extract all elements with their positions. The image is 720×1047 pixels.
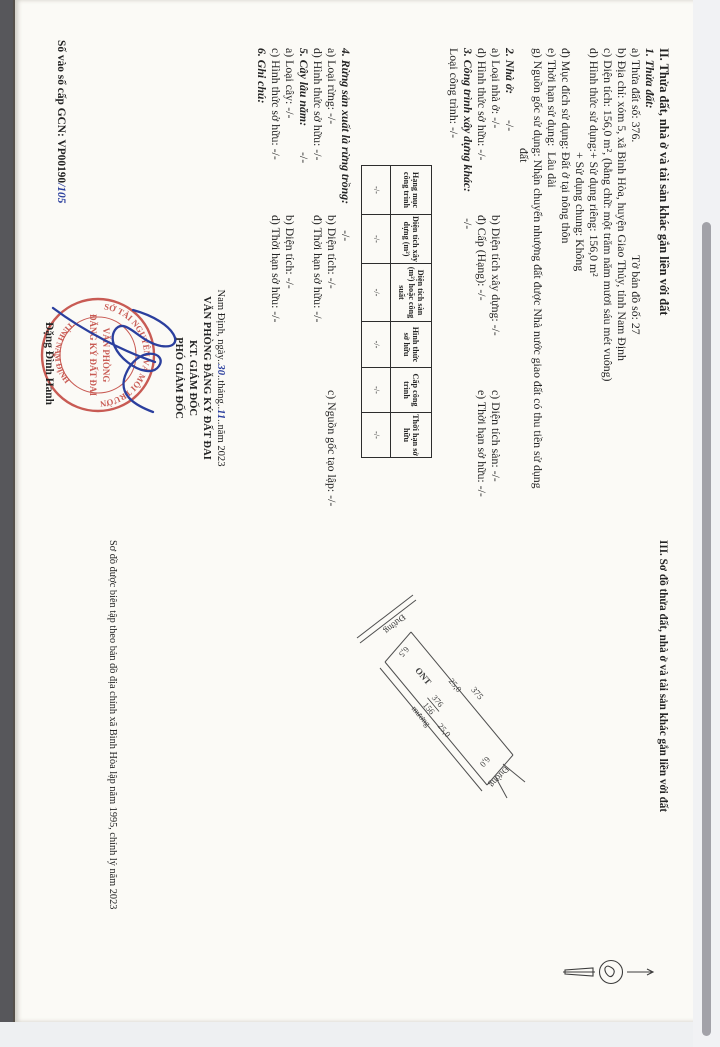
table-header: Cấp công trình (390, 368, 431, 413)
date-line: Nam Định, ngày..30..tháng..11..năm 2023 (213, 272, 227, 484)
signer-name: Đặng Đình Hanh (43, 322, 55, 432)
purpose-line: đ) Mục đích sử dụng:Đất ở tại nông thôn (559, 48, 573, 553)
perennial-section-title-line: 5. Cây lâu năm:-/- (297, 48, 311, 553)
table-cell: -/- (361, 413, 390, 458)
construction-section-title: 3. Công trình xây dựng khác: (461, 48, 475, 192)
viewer-bottom-margin (0, 1022, 720, 1047)
photo-viewer: { "doc": { "sec2_heading": "II. Thửa đất… (0, 0, 720, 1047)
side-dimension-bottom: 25,0 (436, 721, 453, 739)
table-header: Thời hạn sở hữu (390, 413, 431, 458)
house-row-2: d) Hình thức sở hữu: -/- đ) Cấp (Hạng): … (475, 48, 489, 553)
table-cell: -/- (361, 264, 390, 322)
table-header: Diện tích sàn (m²) hoặc công suất (390, 264, 431, 322)
private-use-value: + Sử dụng riêng: 156,0 m² (587, 152, 601, 277)
house-floor-area: c) Diện tích sàn: -/- (489, 390, 503, 482)
use-form-label: d) Hình thức sử dụng: (587, 48, 601, 152)
house-section-title-line: 2. Nhà ở:-/- (503, 48, 517, 553)
photo-dark-edge (0, 0, 13, 1022)
purpose-value: Đất ở tại nông thôn (559, 152, 573, 243)
forest-origin: c) Nguồn gốc tạo lập: -/- (325, 390, 339, 506)
table-cell: -/- (361, 368, 390, 413)
construction-section-value: -/- (461, 192, 475, 229)
perennial-row-2: c) Hình thức sở hữu: -/- d) Thời hạn sở … (269, 48, 283, 553)
construction-table: Hạng mục công trình Diện tích xây dựng (… (361, 165, 432, 458)
perennial-section-title: 5. Cây lâu năm: (297, 48, 311, 126)
house-row-1: a) Loại nhà ở: -/- b) Diện tích xây dựng… (489, 48, 503, 553)
house-type: a) Loại nhà ở: -/- (489, 48, 503, 215)
term-label: e) Thời hạn sử dụng: (545, 48, 559, 152)
purpose-label: đ) Mục đích sử dụng: (559, 48, 573, 152)
house-grade: đ) Cấp (Hạng): -/- (475, 215, 489, 390)
serial-handwritten: /105 (55, 183, 67, 203)
forest-section-title: 4. Rừng sản xuất là rừng trồng: (339, 48, 353, 204)
handwritten-day: 30 (215, 364, 226, 375)
date-mid: ..tháng.. (215, 375, 226, 409)
rotated-document-content: II. Thửa đất, nhà ở và tài sản khác gắn … (17, 0, 695, 1020)
parcel-number-line: a) Thửa đất số: 376.Tờ bản đồ số: 27 (629, 48, 643, 553)
notes-section-title: 6. Ghi chú: (255, 48, 269, 553)
construction-type-line: Loại công trình: -/- (447, 48, 461, 553)
decorative-emblem (559, 956, 655, 988)
edge-dimension-2: 6,0 (478, 755, 493, 770)
scrollbar-thumb[interactable] (702, 222, 711, 1036)
forest-section-title-line: 4. Rừng sản xuất là rừng trồng:-/- (339, 48, 353, 553)
date-suffix: ..năm 2023 (215, 419, 226, 466)
table-header: Hạng mục công trình (390, 166, 431, 215)
map-source-note: Sơ đồ được biên tập theo bản đồ địa chín… (107, 540, 118, 950)
house-section-value: -/- (503, 94, 517, 131)
perennial-term: d) Thời hạn sở hữu: -/- (269, 215, 283, 322)
house-build-area: b) Diện tích xây dựng: -/- (489, 215, 503, 390)
forest-section-value: -/- (339, 204, 353, 241)
land-use-code: ONT (413, 665, 433, 686)
serial-label: Số vào sổ cấp GCN: VP00190 (55, 40, 67, 183)
perennial-ownership: c) Hình thức sở hữu: -/- (269, 48, 283, 215)
map-sheet-number: Tờ bản đồ số: 27 (629, 255, 643, 335)
parcel-sketch-diagram: Đường 6,5 25,0 375 ONT 376 156 mương 25,… (340, 570, 545, 820)
house-ownership: d) Hình thức sở hữu: -/- (475, 48, 489, 215)
forest-area: b) Diện tích: -/- (325, 215, 339, 390)
origin-line: g) Nguồn gốc sử dụng: Nhận chuyển nhượng… (531, 48, 545, 553)
date-prefix: Nam Định, ngày.. (215, 289, 226, 364)
forest-row-1: a) Loại rừng: -/- b) Diện tích: -/- c) N… (325, 48, 339, 553)
perennial-section-value: -/- (297, 126, 311, 163)
road-label-2: Đường (487, 764, 512, 790)
parcel-number: a) Thửa đất số: 376. (629, 48, 643, 255)
table-cell: -/- (361, 215, 390, 264)
perennial-type: a) Loại cây: -/- (283, 48, 297, 215)
handwritten-signature (45, 292, 195, 422)
area-line: c) Diện tích: 156,0 m², (bằng chữ: một t… (601, 48, 615, 553)
section-3-heading: III. Sơ đồ thửa đất, nhà ở và tài sản kh… (657, 540, 669, 840)
use-form-line: d) Hình thức sử dụng:+ Sử dụng riêng: 15… (587, 48, 601, 553)
table-header: Hình thức sở hữu (390, 322, 431, 368)
perennial-area: b) Diện tích: -/- (283, 215, 297, 289)
issuing-office: VĂN PHÒNG ĐĂNG KÝ ĐẤT ĐAI (199, 272, 213, 484)
section-2-block: II. Thửa đất, nhà ở và tài sản khác gắn … (255, 48, 671, 553)
origin-wrap-line: đất (517, 48, 531, 553)
house-term: e) Thời hạn sở hữu: -/- (475, 390, 489, 497)
perennial-row-1: a) Loại cây: -/- b) Diện tích: -/- (283, 48, 297, 553)
forest-type: a) Loại rừng: -/- (325, 48, 339, 215)
edge-dimension-1: 6,5 (397, 645, 412, 660)
handwritten-month: 11 (215, 409, 226, 419)
house-section-title: 2. Nhà ở: (503, 48, 517, 94)
table-cell: -/- (361, 166, 390, 215)
forest-row-2: d) Hình thức sở hữu: -/- đ) Thời hạn sở … (311, 48, 325, 553)
forest-ownership: d) Hình thức sở hữu: -/- (311, 48, 325, 215)
term-value: Lâu dài (545, 152, 559, 188)
scrollbar-track[interactable] (693, 0, 720, 1047)
parcel-section-title: 1. Thửa đất: (643, 48, 657, 553)
address-line: b) Địa chỉ: xóm 5, xã Bình Hòa, huyện Gi… (615, 48, 629, 553)
shared-use-line: + Sử dụng chung: Không (573, 48, 587, 553)
forest-term: đ) Thời hạn sở hữu: -/- (311, 215, 325, 322)
construction-section-title-line: 3. Công trình xây dựng khác:-/- (461, 48, 475, 553)
section-2-heading: II. Thửa đất, nhà ở và tài sản khác gắn … (657, 48, 671, 553)
table-header: Diện tích xây dựng (m²) (390, 215, 431, 264)
scanned-certificate-page: II. Thửa đất, nhà ở và tài sản khác gắn … (13, 0, 695, 1022)
neighbor-parcel-number: 375 (469, 685, 486, 702)
table-cell: -/- (361, 322, 390, 368)
term-line: e) Thời hạn sử dụng:Lâu dài (545, 48, 559, 553)
certificate-serial-line: Số vào sổ cấp GCN: VP00190/105 (55, 40, 67, 203)
